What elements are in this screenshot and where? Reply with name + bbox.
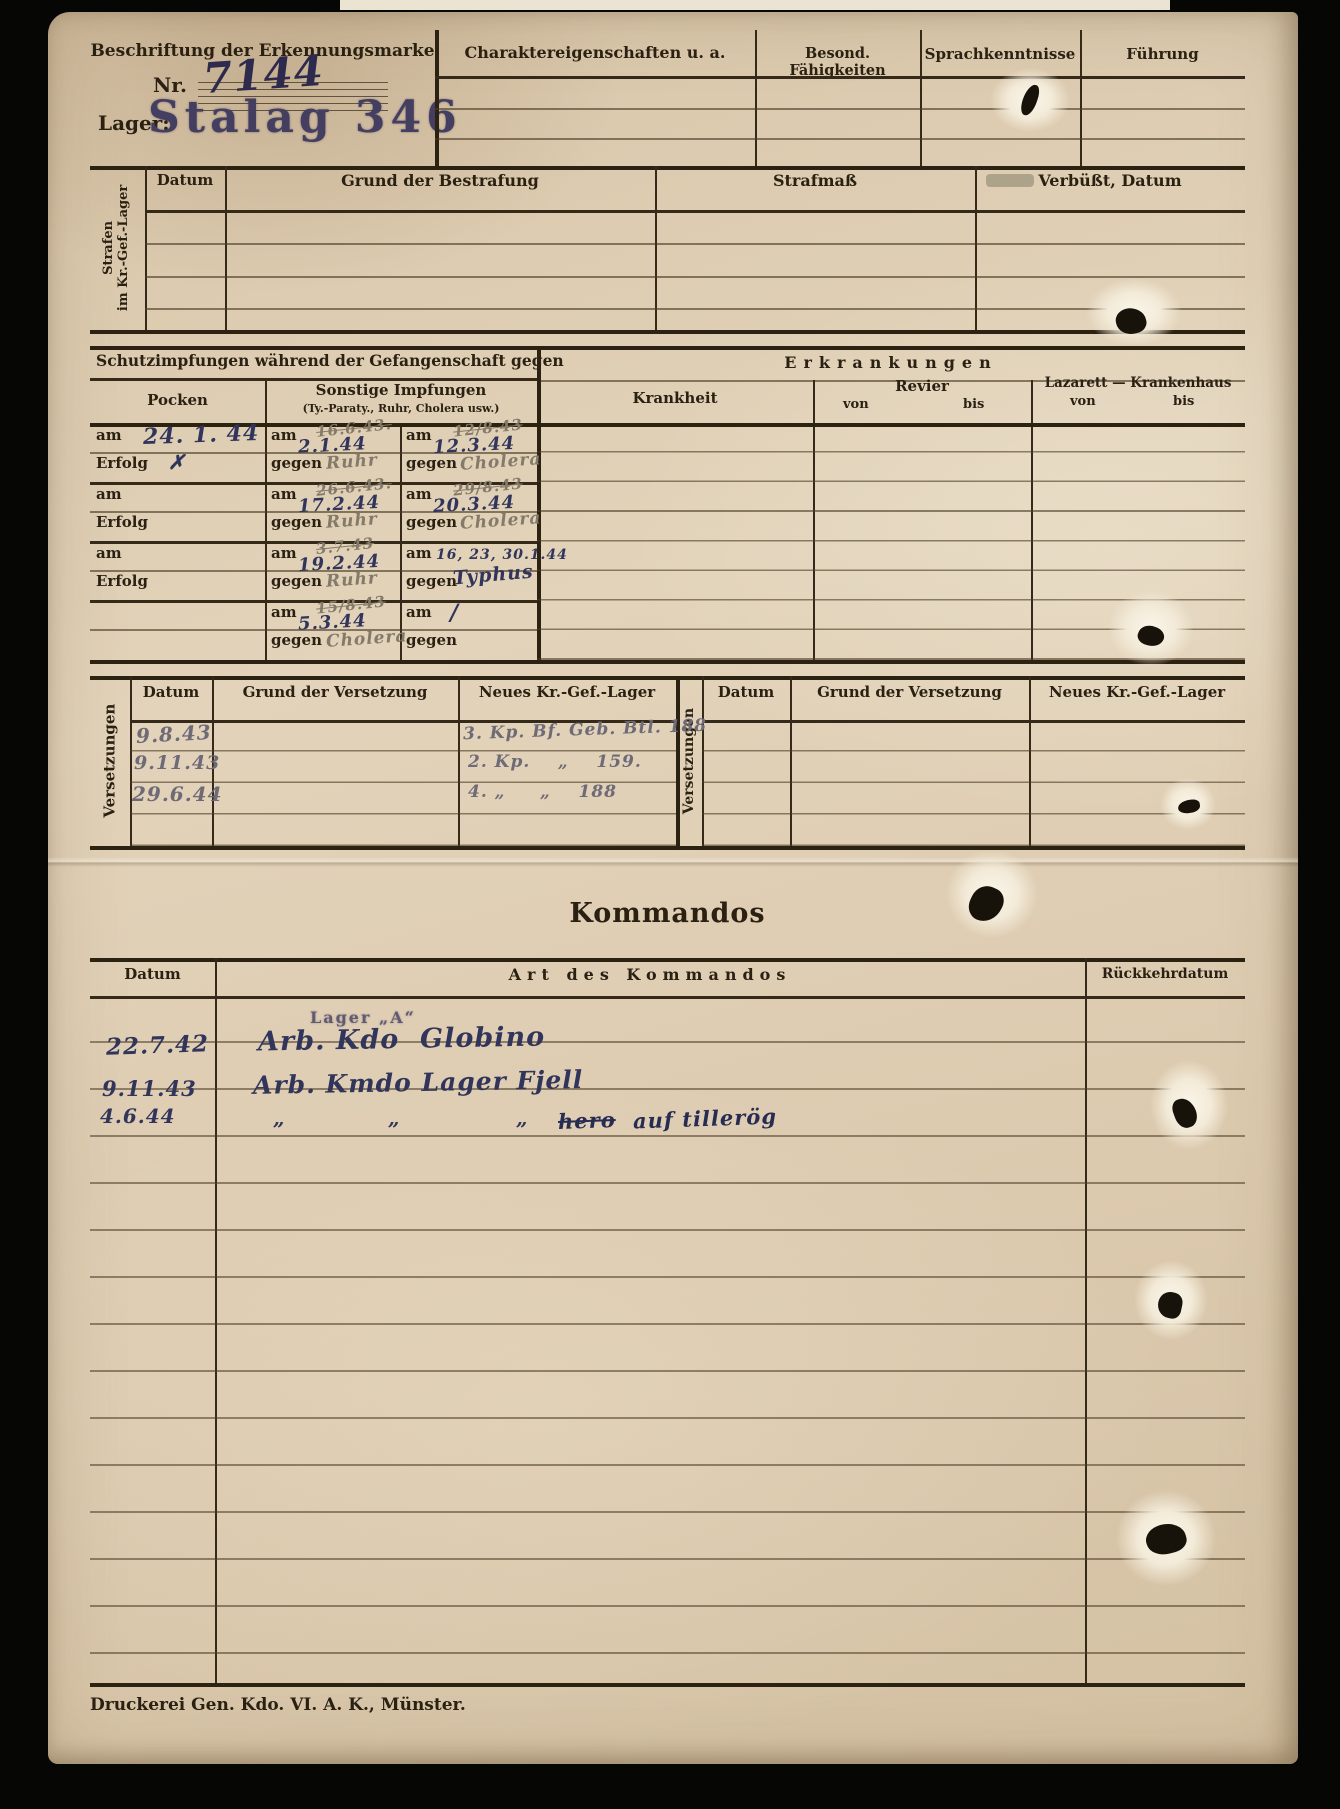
am-label: am bbox=[96, 486, 122, 503]
gegen-label: gegen bbox=[406, 632, 457, 649]
pocken-erfolg-value: ✗ bbox=[168, 450, 186, 474]
versetzungen-side-label-right: Versetzungen bbox=[676, 676, 702, 846]
sonstige-header: Sonstige Impfungen bbox=[265, 382, 537, 399]
kommandos-art-header: Art des Kommandos bbox=[215, 966, 1085, 984]
kommando-datum-value: 9.11.43 bbox=[102, 1076, 197, 1101]
pocken-date-value: 24. 1. 44 bbox=[143, 420, 260, 450]
rule bbox=[435, 138, 1245, 140]
versetzung-lager-value: 4. „ „ 188 bbox=[468, 782, 617, 802]
versetzungen-grund-header: Grund der Versetzung bbox=[790, 684, 1029, 701]
rule bbox=[145, 243, 1245, 245]
rule bbox=[90, 676, 1245, 680]
impfungen-title: Schutzimpfungen während der Gefangenscha… bbox=[96, 352, 564, 370]
rule bbox=[90, 346, 1245, 350]
vaccination-against: Cholera bbox=[459, 449, 542, 475]
am-label: am bbox=[271, 427, 297, 444]
versetzung-datum-value: 29.6.44 bbox=[132, 782, 223, 806]
ditto-mark: „ bbox=[516, 1106, 529, 1130]
kommando-note: auf tillerög bbox=[633, 1103, 778, 1133]
strafmass-header: Strafmaß bbox=[655, 172, 975, 190]
ditto-mark: „ bbox=[388, 1106, 401, 1130]
gegen-label: gegen bbox=[406, 455, 457, 472]
lazarett-bis-label: bis bbox=[1173, 395, 1194, 410]
scanned-pow-card: { "id_section": { "beschriftung": "Besch… bbox=[0, 0, 1340, 1809]
strafen-side-label: Strafen im Kr.-Gef.-Lager bbox=[90, 166, 145, 330]
rule bbox=[265, 378, 267, 660]
vaccination-against: Ruhr bbox=[325, 509, 378, 533]
erfolg-label: Erfolg bbox=[96, 573, 148, 590]
verbuesst-header: Verbüßt, Datum bbox=[975, 172, 1245, 190]
kommando-datum-value: 4.6.44 bbox=[100, 1104, 176, 1128]
rule bbox=[145, 166, 147, 330]
charakter-header: Charaktereigenschaften u. a. bbox=[435, 44, 755, 62]
kommandos-title: Kommandos bbox=[90, 898, 1245, 929]
am-label: am bbox=[406, 545, 432, 562]
versetzungen-grund-header: Grund der Versetzung bbox=[212, 684, 458, 701]
vaccination-against: Cholera bbox=[459, 508, 542, 534]
revier-bis-label: bis bbox=[963, 398, 984, 413]
versetzungen-side-text: Versetzungen bbox=[101, 704, 118, 818]
stalag-stamp: Stalag 346 bbox=[148, 92, 462, 143]
gegen-label: gegen bbox=[406, 514, 457, 531]
am-label: am bbox=[271, 545, 297, 562]
rule bbox=[90, 166, 1245, 170]
strafen-grund-header: Grund der Bestrafung bbox=[225, 172, 655, 190]
sprachkenntnisse-header: Sprachkenntnisse bbox=[920, 46, 1080, 63]
scan-edge-strip bbox=[340, 0, 1170, 10]
versetzungen-datum-header: Datum bbox=[130, 684, 212, 701]
rule bbox=[975, 166, 977, 330]
lazarett-header: Lazarett — Krankenhaus bbox=[1031, 376, 1245, 392]
gegen-label: gegen bbox=[271, 514, 322, 531]
rule bbox=[90, 541, 537, 544]
sonstige-subheader: (Ty.-Paraty., Ruhr, Cholera usw.) bbox=[265, 403, 537, 416]
strafen-datum-header: Datum bbox=[145, 172, 225, 189]
printer-imprint: Druckerei Gen. Kdo. VI. A. K., Münster. bbox=[90, 1696, 466, 1716]
rule bbox=[145, 308, 1245, 310]
fold-crease bbox=[48, 857, 1298, 867]
strafen-side-label-2: im Kr.-Gef.-Lager bbox=[118, 185, 133, 311]
versetzung-lager-value: 2. Kp. „ 159. bbox=[468, 752, 642, 772]
gegen-label: gegen bbox=[271, 632, 322, 649]
versetzungen-side-label-left: Versetzungen bbox=[90, 676, 130, 846]
faehigkeiten-header: Besond. Fähigkeiten bbox=[755, 46, 920, 79]
fuehrung-header: Führung bbox=[1080, 46, 1245, 63]
vaccination-date-ink: 16, 23, 30.1.44 bbox=[436, 547, 568, 563]
rule bbox=[90, 1683, 1245, 1687]
vaccination-against: Ruhr bbox=[325, 450, 378, 474]
erfolg-label: Erfolg bbox=[96, 455, 148, 472]
kommando-art-value: Arb. Kdo Globino bbox=[258, 1021, 546, 1057]
ditto-mark: „ bbox=[273, 1106, 286, 1130]
rule bbox=[145, 276, 1245, 278]
rule bbox=[90, 846, 1245, 850]
pocken-header: Pocken bbox=[90, 392, 265, 409]
rule bbox=[435, 108, 1245, 110]
kommandos-datum-header: Datum bbox=[90, 966, 215, 983]
am-label: am bbox=[96, 427, 122, 444]
lazarett-von-label: von bbox=[1070, 395, 1096, 410]
gegen-label: gegen bbox=[271, 573, 322, 590]
personnel-card: Beschriftung der Erkennungsmarke Nr. 714… bbox=[48, 12, 1298, 1764]
versetzungen-datum-header: Datum bbox=[702, 684, 790, 701]
am-label: am bbox=[271, 486, 297, 503]
rule bbox=[435, 76, 1245, 79]
rule bbox=[145, 210, 1245, 213]
am-label: am bbox=[406, 604, 432, 621]
krankheit-header: Krankheit bbox=[537, 390, 813, 407]
am-label: am bbox=[271, 604, 297, 621]
erkrankungen-title: Erkrankungen bbox=[537, 354, 1245, 372]
rule bbox=[90, 958, 1245, 962]
vaccination-date-ink: / bbox=[450, 600, 459, 626]
versetzungen-ruled-area bbox=[702, 720, 1245, 846]
rule bbox=[655, 166, 657, 330]
revier-von-label: von bbox=[843, 398, 869, 413]
gegen-label: gegen bbox=[406, 573, 457, 590]
rule bbox=[225, 166, 227, 330]
rule bbox=[90, 330, 1245, 334]
vaccination-against: Ruhr bbox=[325, 568, 378, 592]
kommando-datum-value: 22.7.42 bbox=[106, 1030, 210, 1061]
revier-header: Revier bbox=[813, 378, 1031, 395]
kommando-note-struck: hero bbox=[558, 1107, 617, 1134]
versetzung-datum-value: 9.11.43 bbox=[134, 752, 220, 774]
versetzungen-neues-header: Neues Kr.-Gef.-Lager bbox=[1029, 684, 1245, 701]
vaccination-against: Cholera bbox=[325, 626, 408, 652]
gegen-label: gegen bbox=[271, 455, 322, 472]
vaccination-against: Typhus bbox=[452, 561, 534, 590]
rule bbox=[90, 600, 537, 603]
kommando-art-value: Arb. Kmdo Lager Fjell bbox=[253, 1065, 584, 1100]
versetzung-datum-value: 9.8.43 bbox=[135, 720, 212, 748]
am-label: am bbox=[406, 486, 432, 503]
versetzungen-neues-header: Neues Kr.-Gef.-Lager bbox=[458, 684, 676, 701]
am-label: am bbox=[96, 545, 122, 562]
am-label: am bbox=[406, 427, 432, 444]
rueckkehrdatum-header: Rückkehrdatum bbox=[1085, 966, 1245, 982]
erfolg-label: Erfolg bbox=[96, 514, 148, 531]
rule bbox=[90, 660, 1245, 664]
